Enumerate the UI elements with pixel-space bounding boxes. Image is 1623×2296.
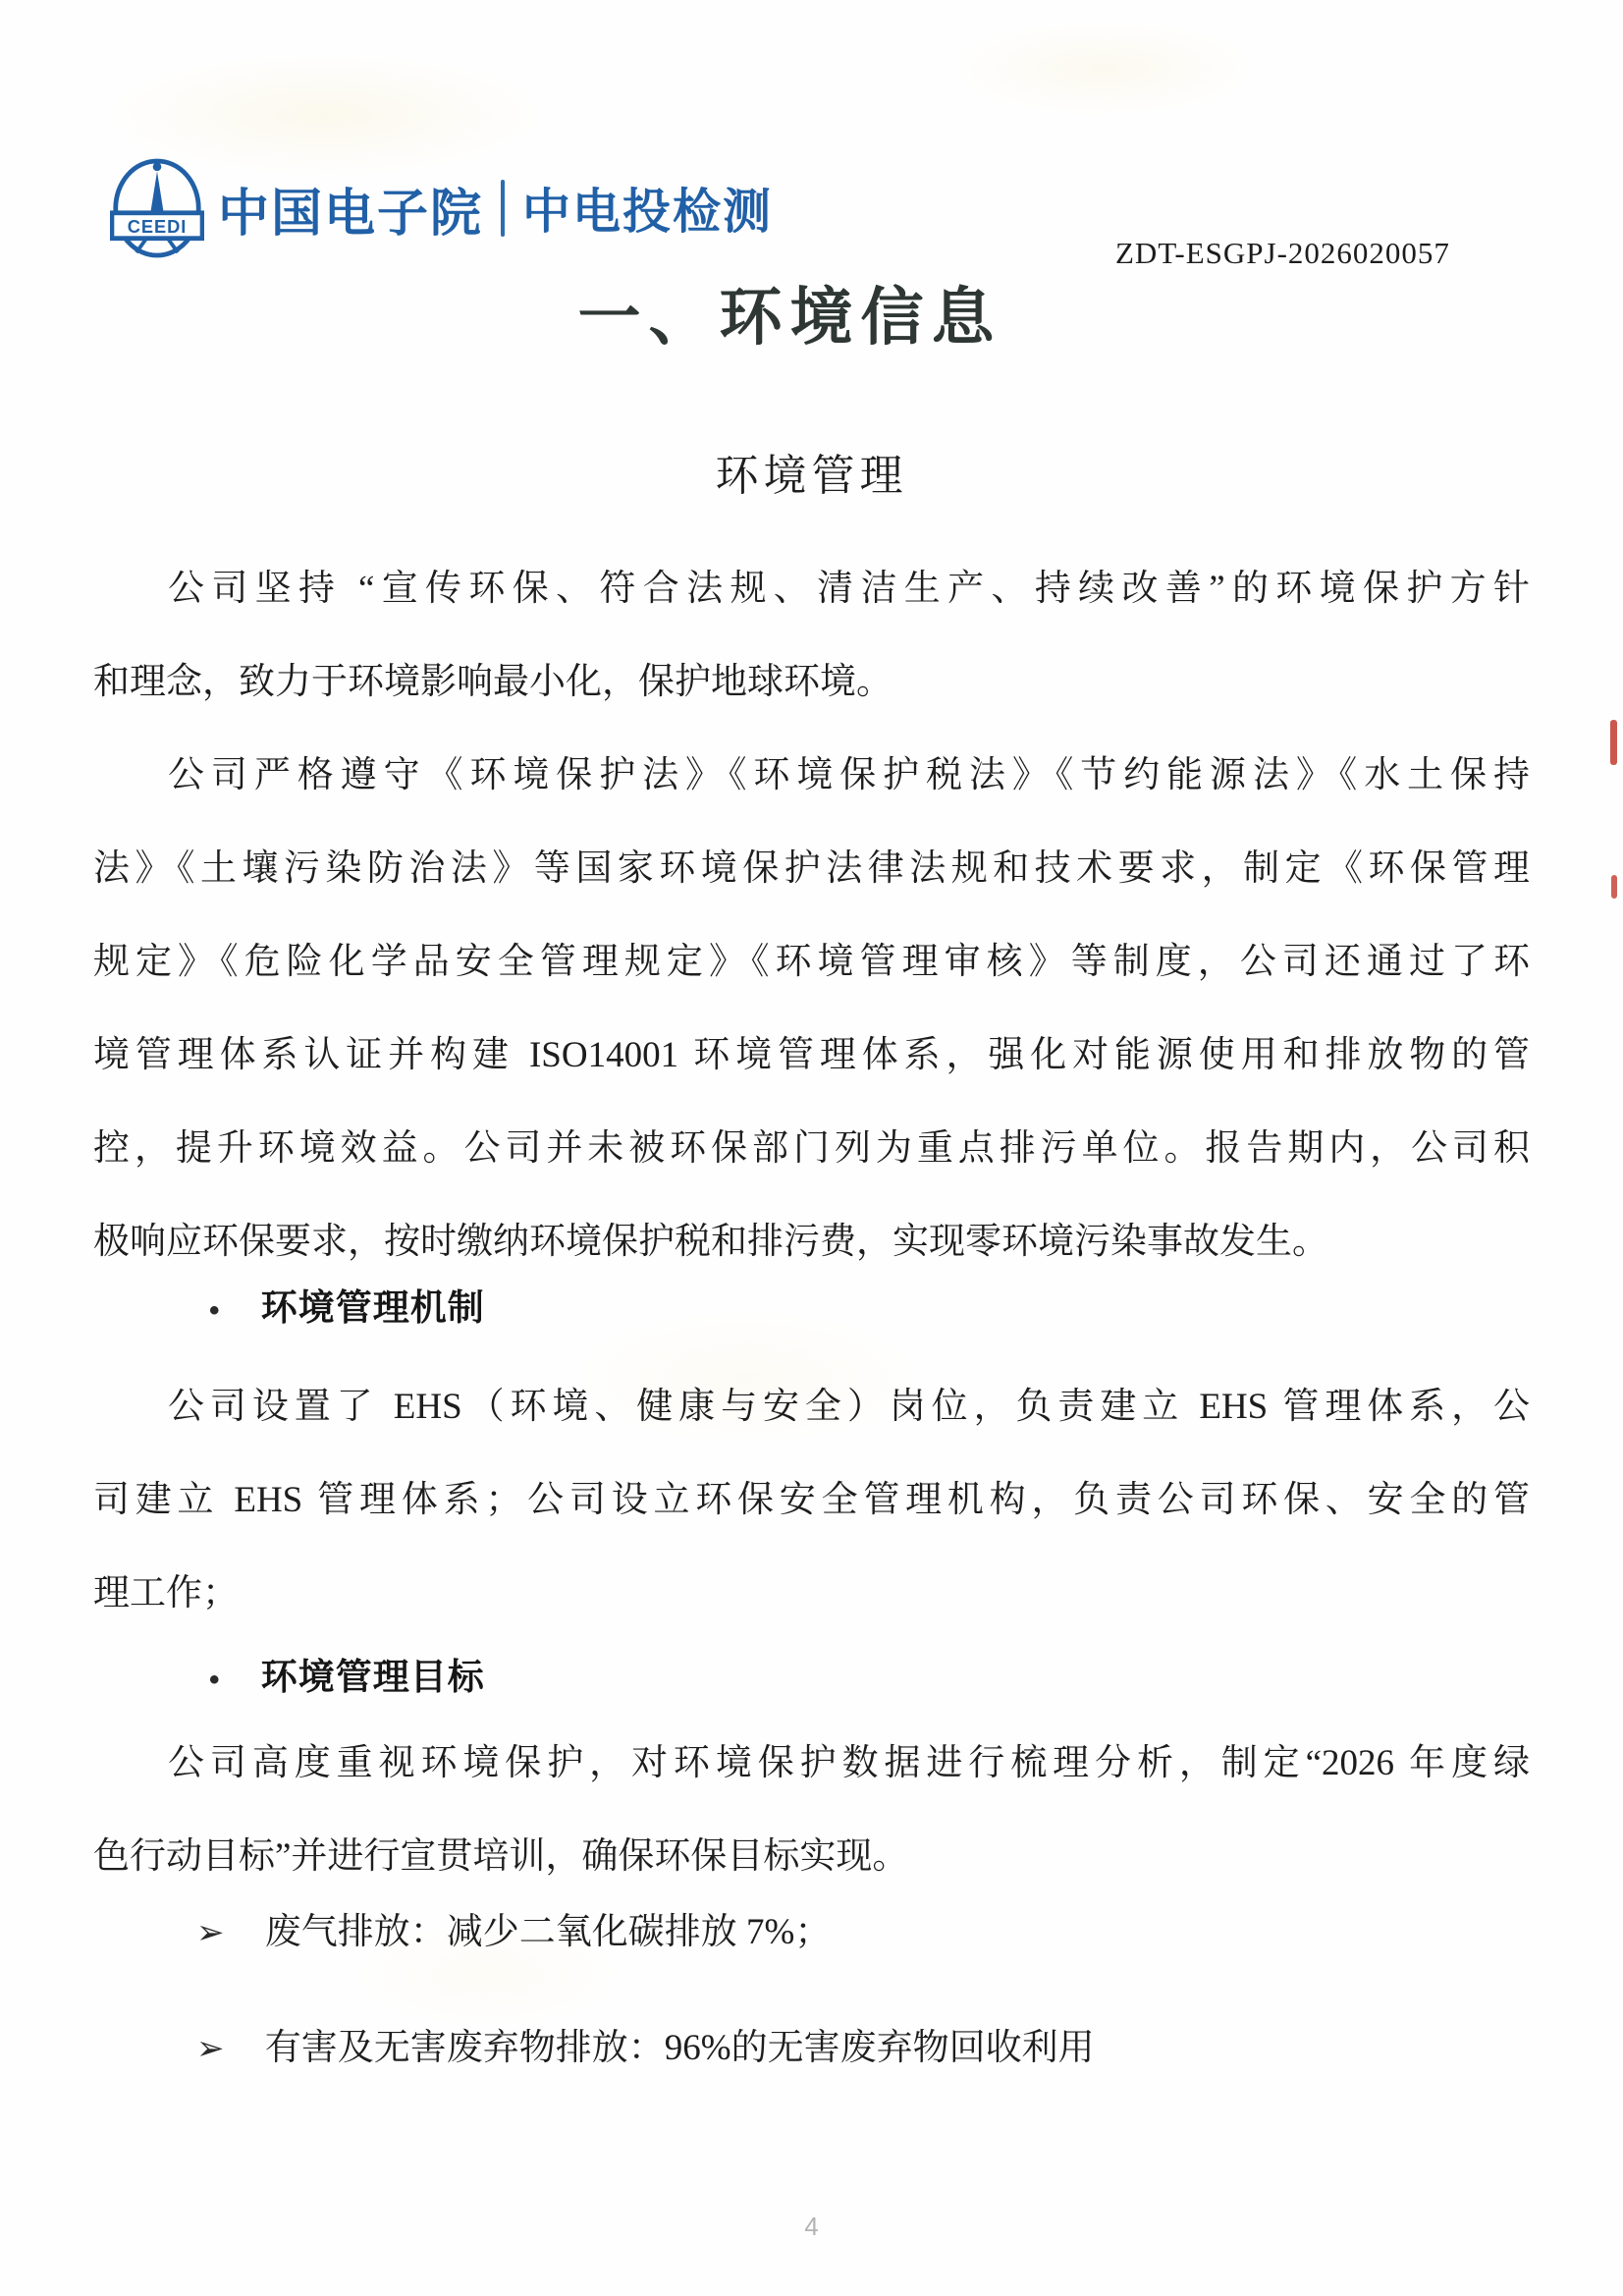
paragraph-line: 公司严格遵守《环境保护法》《环境保护税法》《节约能源法》《水土保持 — [93, 729, 1530, 822]
page-number: 4 — [0, 2212, 1623, 2242]
paragraph-4: 公司高度重视环境保护，对环境保护数据进行梳理分析，制定“2026 年度绿 色行动… — [93, 1717, 1530, 1903]
list-item-text: 有害及无害废弃物排放：96%的无害废弃物回收利用 — [265, 2028, 1095, 2068]
paragraph-line: 规定》《危险化学品安全管理规定》《环境管理审核》等制度，公司还通过了环 — [93, 915, 1530, 1009]
paragraph-line: 法》《土壤污染防治法》等国家环境保护法律法规和技术要求，制定《环保管理 — [93, 822, 1530, 915]
paragraph-1: 公司坚持 “宣传环保、符合法规、清洁生产、持续改善”的环境保护方针 和理念，致力… — [93, 542, 1530, 729]
document-page: CEEDI 中国电子院 中电投检测 ZDT-ESGPJ-2026020057 一… — [0, 0, 1623, 2296]
paragraph-line: 控，提升环境效益。公司并未被环保部门列为重点排污单位。报告期内，公司积 — [93, 1102, 1530, 1195]
brand-primary-text: 中国电子院 — [218, 172, 483, 246]
paragraph-line: 理工作； — [93, 1547, 1530, 1640]
list-item-text: 废气排放：减少二氧化碳排放 7%； — [265, 1912, 832, 1952]
paragraph-line: 公司设置了 EHS（环境、健康与安全）岗位，负责建立 EHS 管理体系，公 — [93, 1360, 1530, 1453]
bullet-heading-environment-management-mechanism: • 环境管理机制 — [93, 1273, 1530, 1343]
paragraph-line: 司建立 EHS 管理体系；公司设立环保安全管理机构，负责公司环保、安全的管 — [93, 1453, 1530, 1547]
page-title: 一、环境信息 — [0, 267, 1601, 357]
bullet-heading-label: 环境管理机制 — [261, 1287, 485, 1328]
brand-secondary-text: 中电投检测 — [522, 174, 773, 243]
bullet-heading-environment-management-goals: • 环境管理目标 — [93, 1642, 1530, 1713]
paragraph-line: 公司高度重视环境保护，对环境保护数据进行梳理分析，制定“2026 年度绿 — [93, 1717, 1530, 1810]
bullet-heading-label: 环境管理目标 — [261, 1657, 485, 1697]
list-item-emission-target: ➢ 废气排放：减少二氧化碳排放 7%； — [93, 1886, 1530, 1979]
arrow-bullet-icon: ➢ — [196, 1913, 225, 1952]
paragraph-3: 公司设置了 EHS（环境、健康与安全）岗位，负责建立 EHS 管理体系，公 司建… — [93, 1360, 1530, 1640]
scan-artifact-red-mark — [1611, 875, 1617, 899]
bullet-dot-icon: • — [209, 1294, 221, 1327]
paragraph-line: 境管理体系认证并构建 ISO14001 环境管理体系，强化对能源使用和排放物的管 — [93, 1009, 1530, 1102]
bullet-dot-icon: • — [209, 1664, 221, 1696]
section-subtitle: 环境管理 — [0, 440, 1623, 503]
company-logo: CEEDI 中国电子院 中电投检测 — [110, 155, 773, 261]
paragraph-line: 和理念，致力于环境影响最小化，保护地球环境。 — [93, 635, 1530, 729]
paragraph-2: 公司严格遵守《环境保护法》《环境保护税法》《节约能源法》《水土保持 法》《土壤污… — [93, 729, 1530, 1288]
arrow-bullet-icon: ➢ — [196, 2029, 225, 2068]
list-item-waste-target: ➢ 有害及无害废弃物排放：96%的无害废弃物回收利用 — [93, 2001, 1530, 2095]
emblem-text: CEEDI — [128, 216, 188, 237]
document-number: ZDT-ESGPJ-2026020057 — [1115, 236, 1450, 271]
brand-separator — [501, 180, 505, 237]
paragraph-line: 公司坚持 “宣传环保、符合法规、清洁生产、持续改善”的环境保护方针 — [93, 542, 1530, 635]
scan-artifact-red-mark — [1610, 720, 1617, 765]
ceedi-emblem-icon: CEEDI — [110, 155, 204, 261]
